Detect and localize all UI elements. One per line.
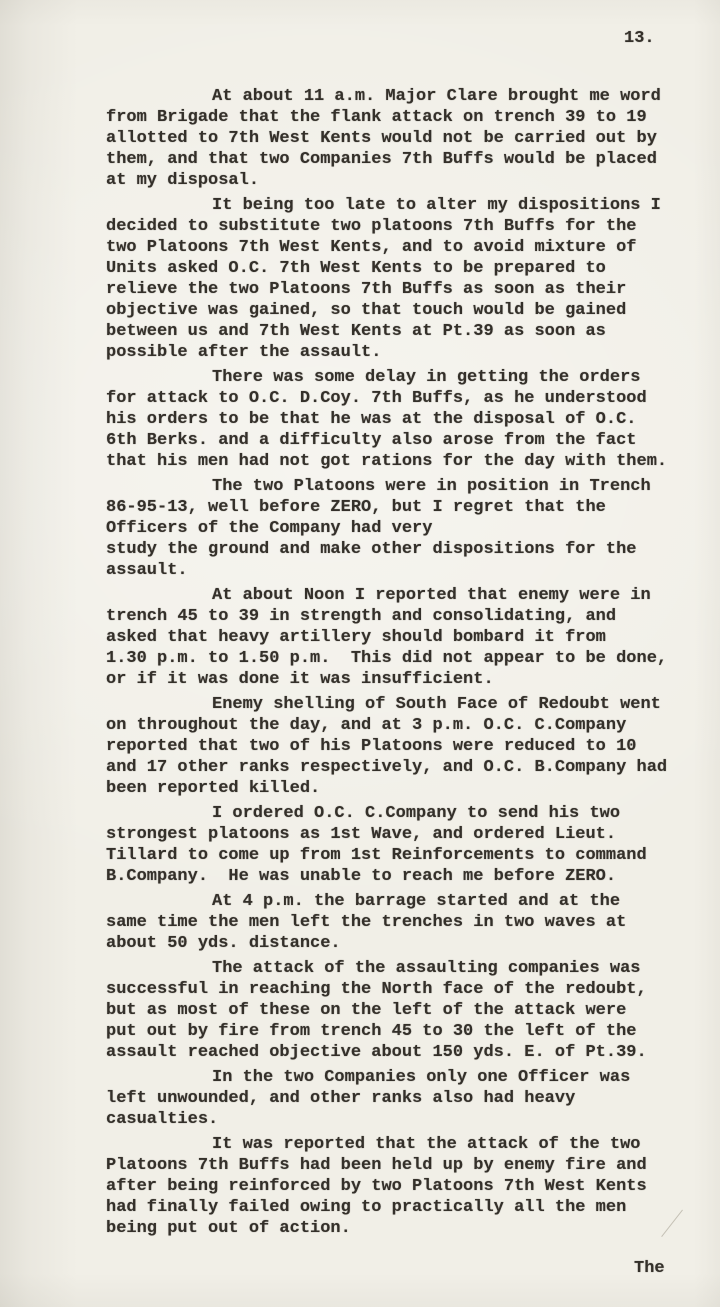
paragraph: It was reported that the attack of the t… xyxy=(106,1134,688,1239)
paragraph: In the two Companies only one Officer wa… xyxy=(106,1067,688,1130)
paragraph: The attack of the assaulting companies w… xyxy=(106,958,688,1063)
paragraph: The two Platoons were in position in Tre… xyxy=(106,476,688,581)
paragraph: At 4 p.m. the barrage started and at the… xyxy=(106,891,688,954)
paragraph: It being too late to alter my dispositio… xyxy=(106,195,688,363)
document-body: At about 11 a.m. Major Clare brought me … xyxy=(106,86,688,1243)
paragraph: At about 11 a.m. Major Clare brought me … xyxy=(106,86,688,191)
paragraph: I ordered O.C. C.Company to send his two… xyxy=(106,803,688,887)
document-page: 13. At about 11 a.m. Major Clare brought… xyxy=(0,0,720,1307)
page-number: 13. xyxy=(624,28,655,49)
paragraph: There was some delay in getting the orde… xyxy=(106,367,688,472)
catchword: The xyxy=(634,1258,665,1279)
paragraph: At about Noon I reported that enemy were… xyxy=(106,585,688,690)
paragraph: Enemy shelling of South Face of Redoubt … xyxy=(106,694,688,799)
